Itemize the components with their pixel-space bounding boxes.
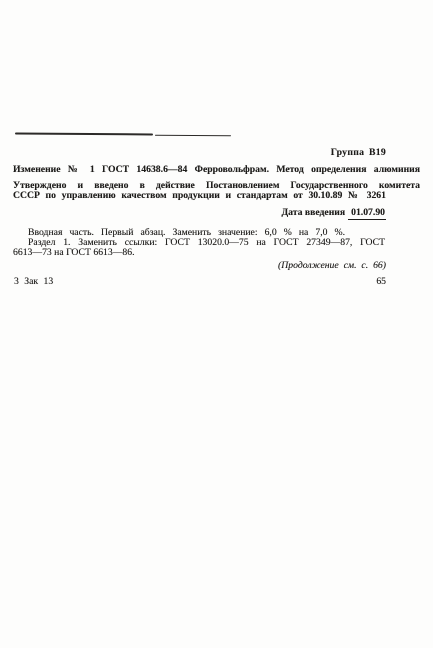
continuation-note: (Продолжение см. с. 66) [186, 261, 386, 271]
page-number: 65 [336, 277, 386, 287]
print-order-mark: 3 Зак 13 [14, 277, 134, 287]
scanned-document-page: Группа В19 Изменение № 1 ГОСТ 14638.6—84… [0, 0, 433, 648]
effective-date-label: Дата введения [281, 207, 345, 218]
group-code-label: Группа В19 [240, 148, 386, 158]
amendment-text-line-3: 6613—73 на ГОСТ 6613—86. [13, 248, 195, 258]
approval-paragraph-line-2: СССР по управлению качеством продукции и… [13, 191, 386, 201]
top-rule-segment-right [155, 135, 231, 137]
amendment-title: Изменение № 1 ГОСТ 14638.6—84 Ферровольф… [13, 165, 420, 175]
effective-date-line: Дата введения01.07.90 [140, 207, 386, 218]
effective-date-value: 01.07.90 [348, 207, 386, 220]
top-rule-segment-left [15, 133, 153, 136]
